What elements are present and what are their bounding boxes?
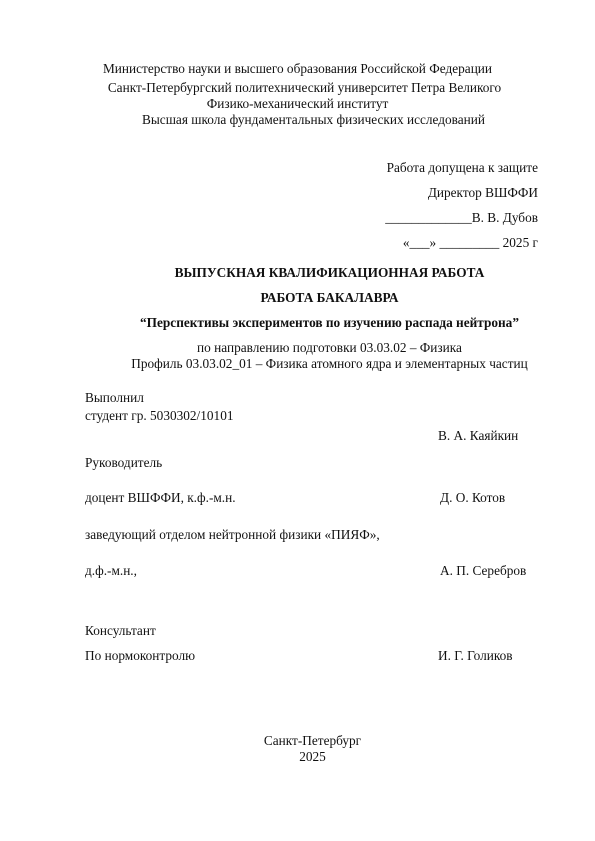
degree-type: РАБОТА БАКАЛАВРА bbox=[32, 290, 595, 306]
co-supervisor-name: А. П. Серебров bbox=[440, 563, 526, 579]
consultant-label: Консультант bbox=[85, 623, 156, 639]
co-supervisor-degree: д.ф.-м.н., bbox=[85, 563, 137, 579]
direction-line: по направлению подготовки 03.03.02 – Физ… bbox=[32, 340, 595, 356]
school-line: Высшая школа фундаментальных физических … bbox=[16, 112, 595, 128]
student-group: студент гр. 5030302/10101 bbox=[85, 408, 234, 424]
student-name: В. А. Каяйкин bbox=[438, 428, 518, 444]
director-line: Директор ВШФФИ bbox=[428, 185, 538, 201]
date-line: «___» _________ 2025 г bbox=[403, 235, 538, 251]
profile-line: Профиль 03.03.02_01 – Физика атомного яд… bbox=[32, 356, 595, 372]
consultant-role: По нормоконтролю bbox=[85, 648, 195, 664]
supervisor-label: Руководитель bbox=[85, 455, 162, 471]
director-signature: _____________В. В. Дубов bbox=[385, 210, 538, 226]
co-supervisor-position: заведующий отделом нейтронной физики «ПИ… bbox=[85, 527, 380, 543]
supervisor-name: Д. О. Котов bbox=[440, 490, 505, 506]
university-line: Санкт-Петербургский политехнический унив… bbox=[7, 80, 595, 96]
year: 2025 bbox=[15, 749, 595, 765]
supervisor-position: доцент ВШФФИ, к.ф.-м.н. bbox=[85, 490, 236, 506]
city: Санкт-Петербург bbox=[15, 733, 595, 749]
ministry-line: Министерство науки и высшего образования… bbox=[0, 61, 595, 77]
work-type: ВЫПУСКНАЯ КВАЛИФИКАЦИОННАЯ РАБОТА bbox=[32, 265, 595, 281]
institute-line: Физико-механический институт bbox=[0, 96, 595, 112]
admitted-line: Работа допущена к защите bbox=[387, 160, 538, 176]
consultant-name: И. Г. Голиков bbox=[438, 648, 513, 664]
performed-label: Выполнил bbox=[85, 390, 144, 406]
thesis-topic: “Перспективы экспериментов по изучению р… bbox=[32, 315, 595, 331]
